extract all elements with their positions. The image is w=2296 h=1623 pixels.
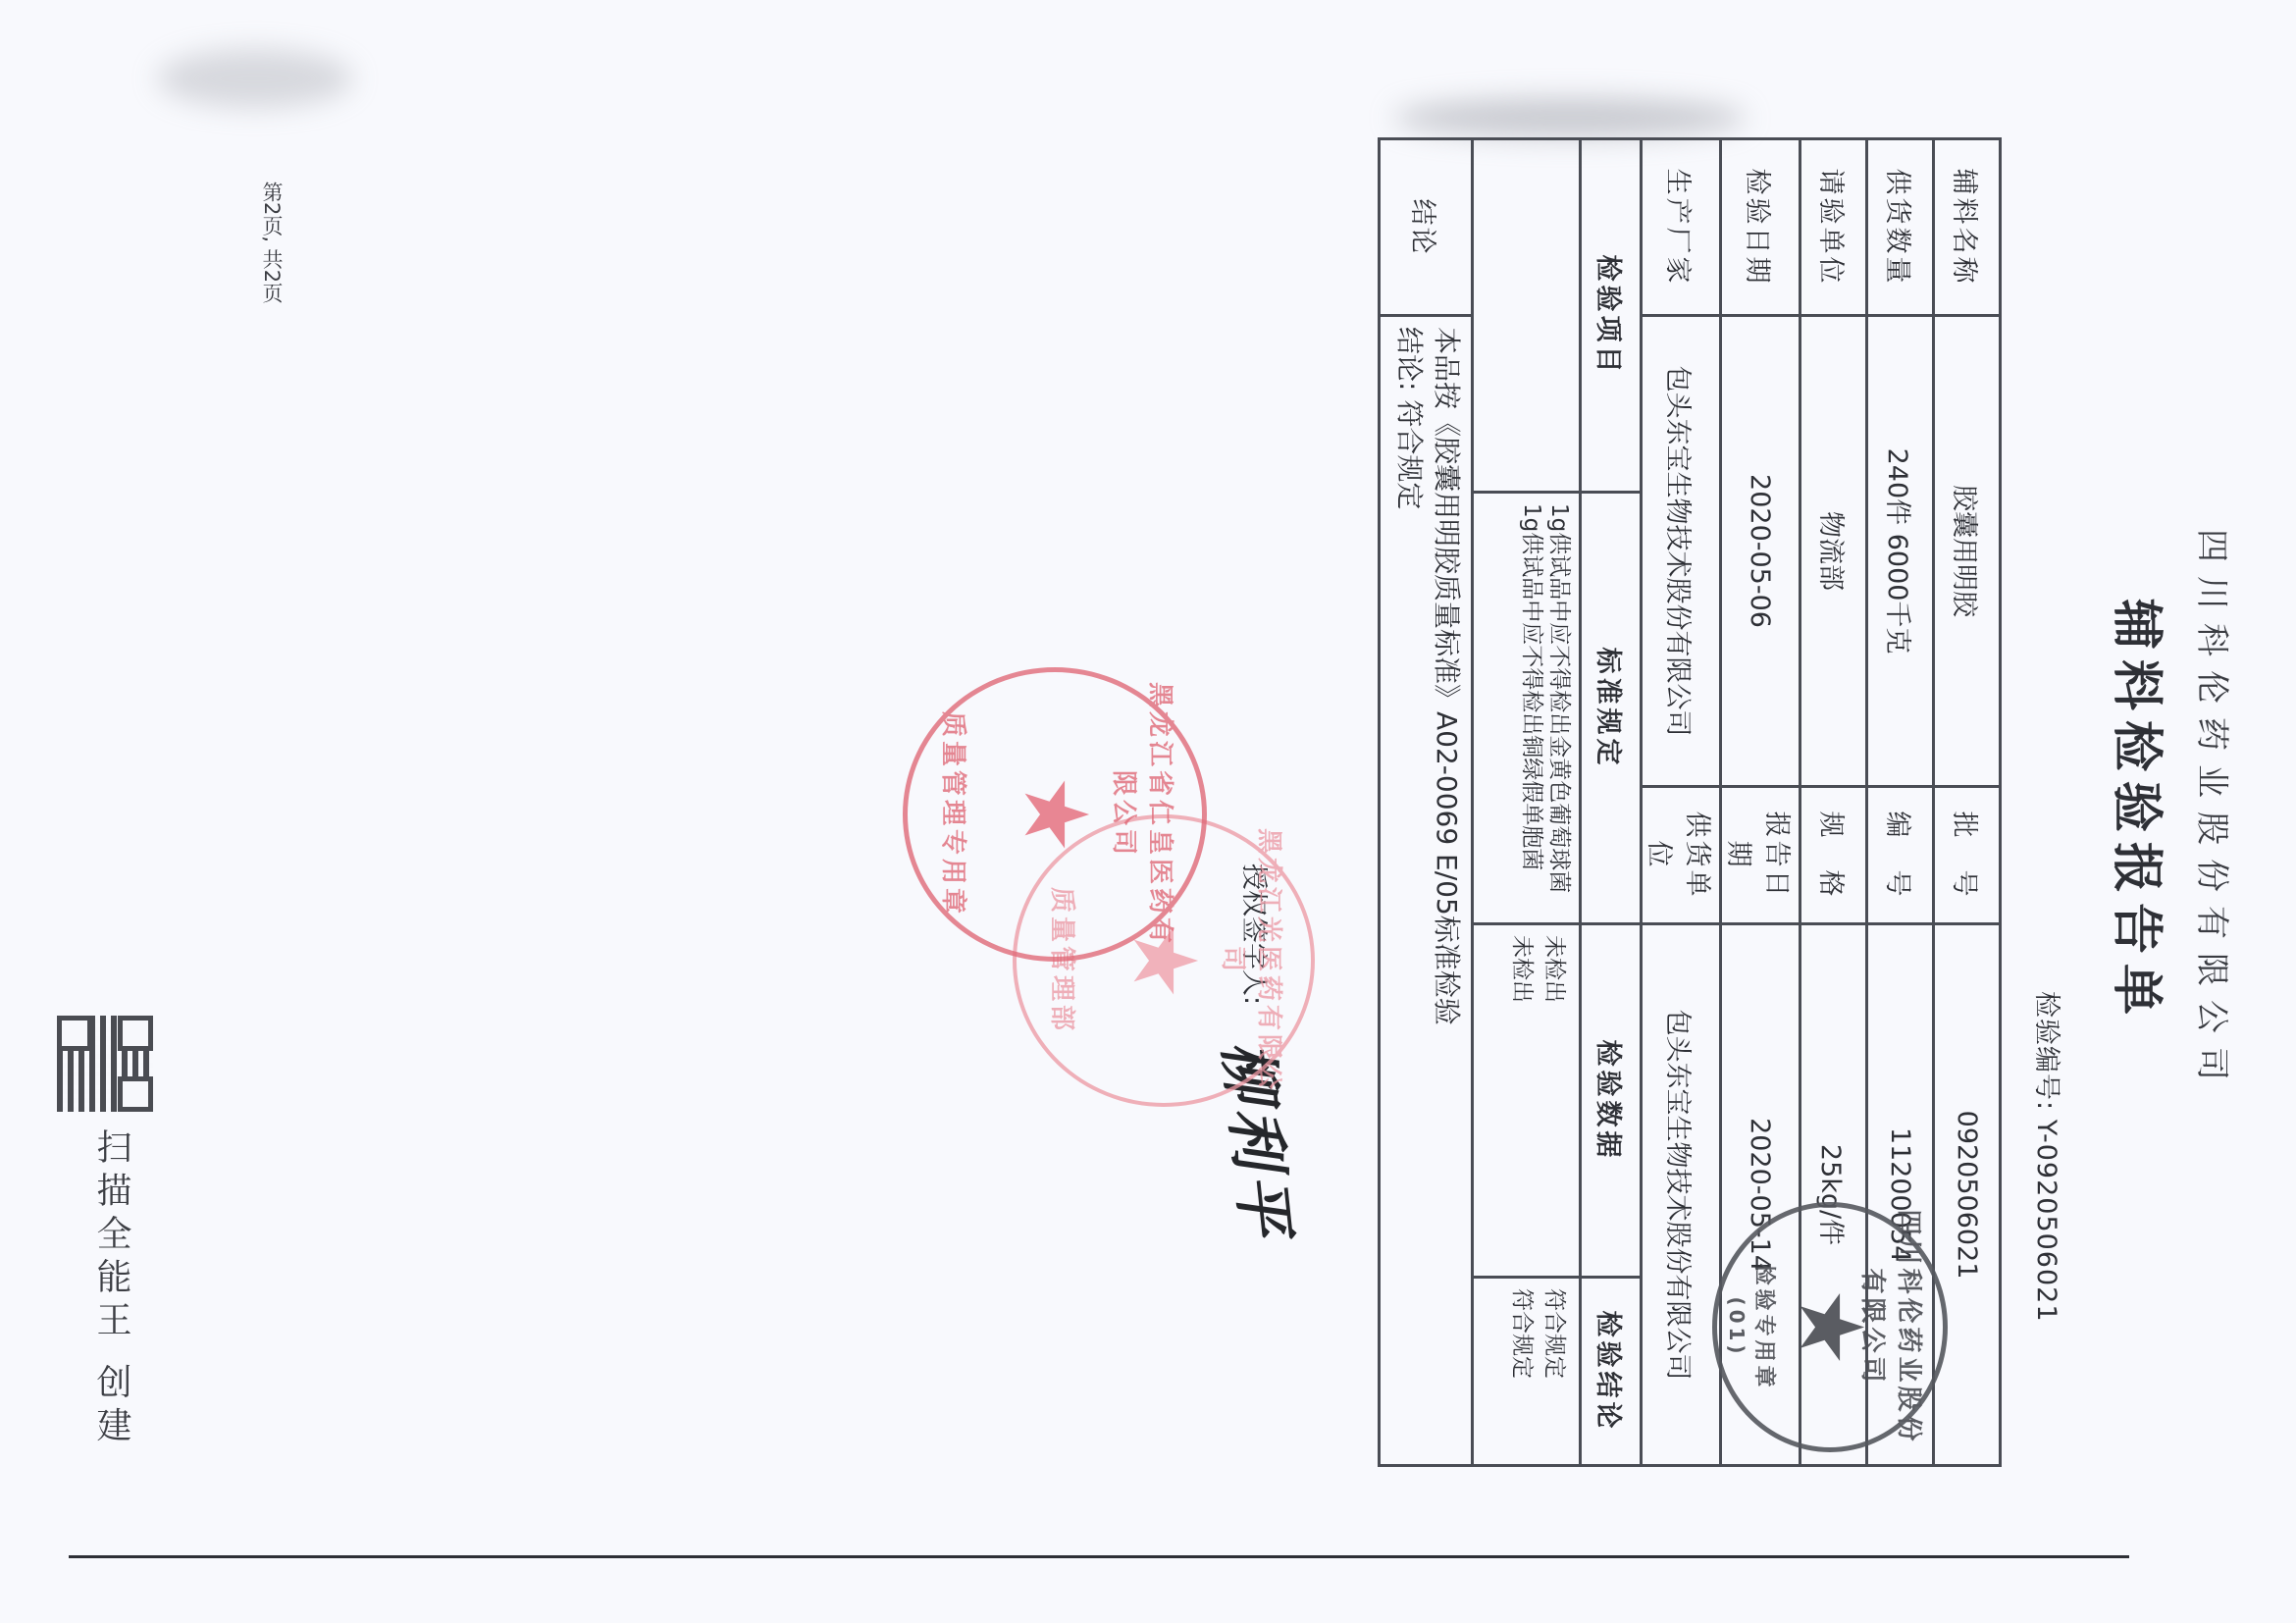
inspection-item-cell: [1473, 139, 1581, 493]
conclusion-text-cell: 本品按《胶囊用明胶质量标准》A02-0069 E/05标准检验结论: 符合规定: [1380, 316, 1473, 1466]
standard-text: 1g供试品中应不得检出金黄色葡萄球菌: [1545, 503, 1573, 913]
field-value: 0920506021: [1934, 924, 2001, 1466]
standard-text-cell: 1g供试品中应不得检出金黄色葡萄球菌1g供试品中应不得检出铜绿假单胞菌: [1473, 493, 1581, 924]
conclusion-label: 结论: [1380, 139, 1473, 316]
field-value: 胶囊用明胶: [1934, 316, 2001, 787]
star-icon: ★: [1786, 1287, 1874, 1367]
test-data: 未检出: [1540, 935, 1573, 1266]
report-number: 检验编号: Y-0920506021: [2030, 991, 2068, 1323]
page-number: 第2页, 共2页: [257, 182, 287, 303]
test-result: 符合规定: [1540, 1288, 1573, 1454]
stamp-text: (01): [1725, 1207, 1748, 1447]
page-bottom-rule: [69, 1555, 2129, 1558]
conclusion-result: 结论: 符合规定: [1390, 327, 1428, 1454]
standard-text: 1g供试品中应不得检出铜绿假单胞菌: [1518, 503, 1545, 913]
field-label: 检验日期: [1721, 139, 1800, 316]
test-result: 符合规定: [1508, 1288, 1540, 1454]
inspection-header-row: 检验项目标准规定检验数据检验结论: [1581, 139, 1642, 1466]
scan-smudge: [1393, 98, 1747, 137]
conclusion-standard: 本品按《胶囊用明胶质量标准》A02-0069 E/05标准检验: [1428, 327, 1465, 1454]
conclusion-row: 结论本品按《胶囊用明胶质量标准》A02-0069 E/05标准检验结论: 符合规…: [1380, 139, 1473, 1466]
report-number-value: Y-0920506021: [2031, 1120, 2061, 1323]
company-name: 四川科伦药业股份有限公司: [2191, 0, 2239, 1623]
field-label: 规 格: [1800, 787, 1867, 924]
field-value: 240件 6000千克: [1867, 316, 1934, 787]
test-result-cell: 符合规定符合规定: [1473, 1278, 1581, 1466]
field-value: 2020-05-06: [1721, 316, 1800, 787]
field-label: 批 号: [1934, 787, 2001, 924]
field-label: 供货数量: [1867, 139, 1934, 316]
column-header: 检验结论: [1581, 1278, 1642, 1466]
column-header: 检验项目: [1581, 139, 1642, 493]
column-header: 检验数据: [1581, 924, 1642, 1278]
column-header: 标准规定: [1581, 493, 1642, 924]
field-label: 供货单位: [1642, 787, 1721, 924]
info-row: 生产厂家包头东宝生物技术股份有限公司供货单位包头东宝生物技术股份有限公司: [1642, 139, 1721, 1466]
test-data-cell: 未检出未检出: [1473, 924, 1581, 1278]
field-value: 物流部: [1800, 316, 1867, 787]
stamp-text: 检验专用章: [1750, 1207, 1781, 1447]
field-label: 生产厂家: [1642, 139, 1721, 316]
field-label: 辅料名称: [1934, 139, 2001, 316]
report-number-label: 检验编号:: [2031, 991, 2061, 1111]
star-icon: ★: [1011, 775, 1099, 855]
inspection-seal-stamp: 四川科伦药业股份有限公司 ★ 检验专用章 (01): [1712, 1202, 1948, 1452]
qr-code-icon: [57, 1016, 153, 1112]
stamp-text: 黑龙江光医药有限公司: [1217, 818, 1289, 1103]
scanned-report-page: 四川科伦药业股份有限公司 辅料检验报告单 检验编号: Y-0920506021 …: [0, 0, 2296, 1623]
test-data: 未检出: [1508, 935, 1540, 1266]
stamp-text: 黑龙江省仁皇医药有限公司: [1108, 672, 1180, 957]
field-label: 编 号: [1867, 787, 1934, 924]
report-title: 辅料检验报告单: [2105, 0, 2178, 1623]
field-value: 包头东宝生物技术股份有限公司: [1642, 316, 1721, 787]
field-label: 请验单位: [1800, 139, 1867, 316]
stamp-text: 质量管理专用章: [937, 672, 973, 957]
field-value: 包头东宝生物技术股份有限公司: [1642, 924, 1721, 1466]
field-label: 报告日期: [1721, 787, 1800, 924]
scanner-watermark: 扫描全能王 创建: [86, 1128, 136, 1449]
inspection-items-row: 1g供试品中应不得检出金黄色葡萄球菌1g供试品中应不得检出铜绿假单胞菌未检出未检…: [1473, 139, 1581, 1466]
info-row: 辅料名称胶囊用明胶批 号0920506021: [1934, 139, 2001, 1466]
scan-smudge: [157, 49, 353, 108]
distributor-quality-stamp: 黑龙江省仁皇医药有限公司 ★ 质量管理专用章: [903, 667, 1207, 962]
